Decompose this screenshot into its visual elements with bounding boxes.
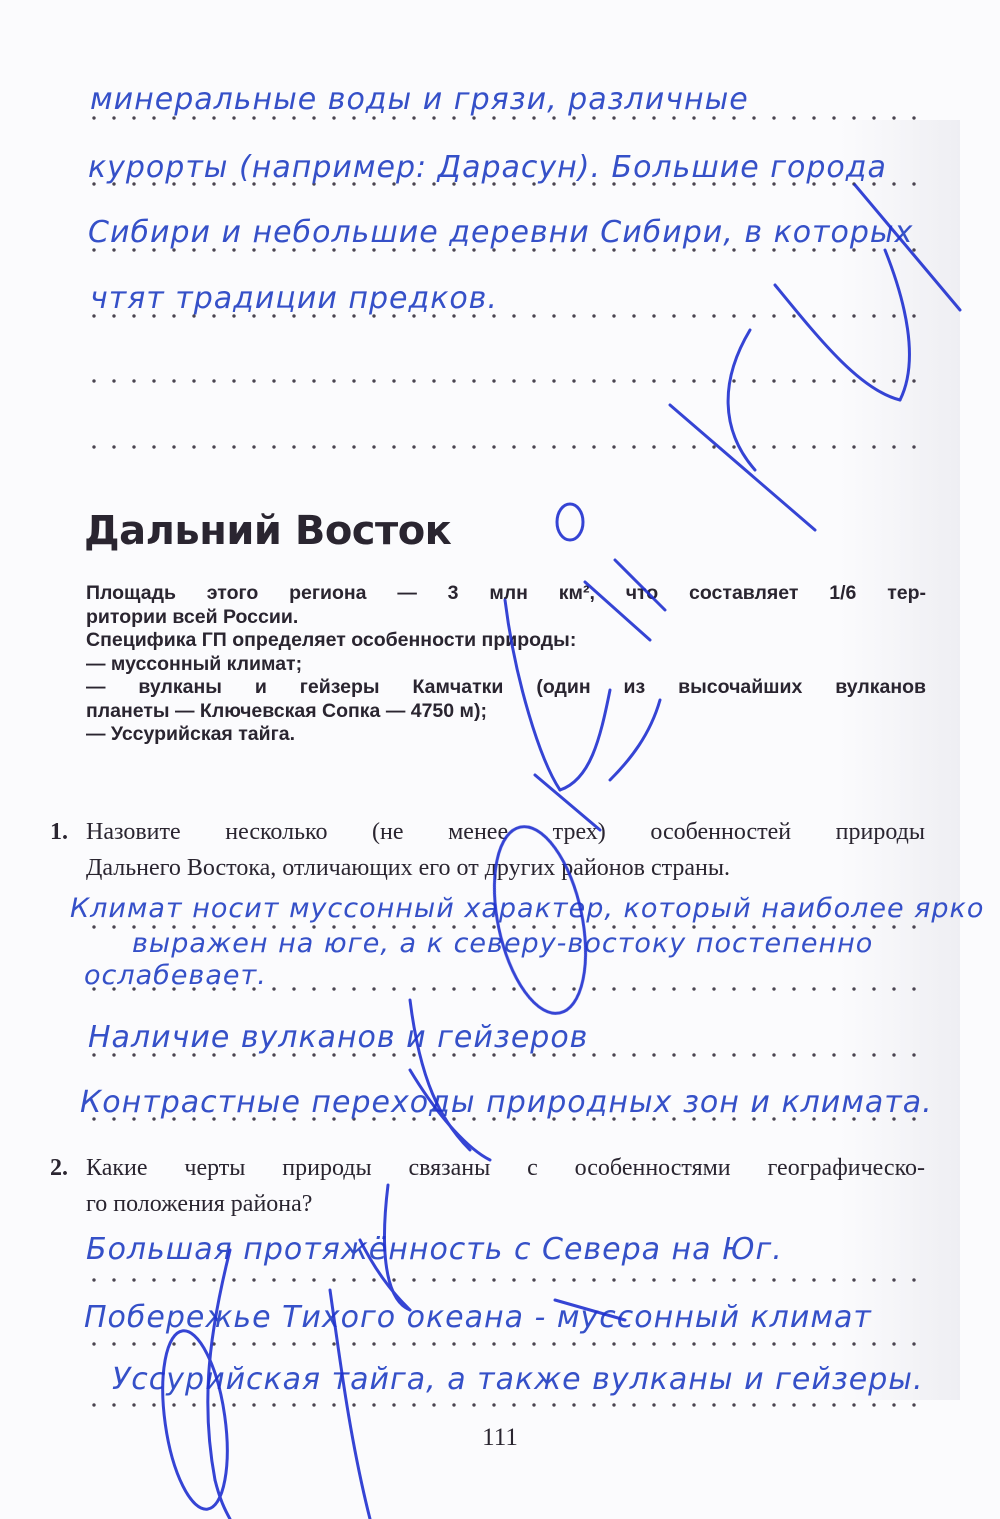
question-number: 1. <box>50 814 68 850</box>
answer-line <box>84 1342 926 1346</box>
intro-bullet: планеты — Ключевская Сопка — 4750 м); <box>86 700 926 724</box>
intro-bullet: — вулканы и гейзеры Камчатки (один из вы… <box>86 676 926 700</box>
handwritten-answer: Большая протяжённость с Севера на Юг. <box>86 1232 783 1267</box>
handwritten-answer: Наличие вулканов и гейзеров <box>88 1020 588 1055</box>
handwritten-answer: Контрастные переходы природных зон и кли… <box>80 1085 933 1120</box>
handwritten-answer: Климат носит муссонный характер, который… <box>70 893 984 924</box>
handwritten-answer: чтят традиции предков. <box>90 281 498 316</box>
answer-line <box>84 1278 926 1282</box>
workbook-page: минеральные воды и грязи, различные куро… <box>0 0 1000 1519</box>
section-intro: Площадь этого региона — 3 млн км², что с… <box>86 582 926 747</box>
question-number: 2. <box>50 1150 68 1186</box>
handwritten-answer: ослабевает. <box>84 960 267 991</box>
intro-bullet: — муссонный климат; <box>86 653 926 677</box>
question-text: Какие черты природы связаны с особенност… <box>86 1150 925 1186</box>
intro-bullet: — Уссурийская тайга. <box>86 723 926 747</box>
handwritten-answer: курорты (например: Дарасун). Большие гор… <box>88 150 887 185</box>
intro-line: ритории всей России. <box>86 606 926 630</box>
answer-line <box>84 379 926 383</box>
handwritten-answer: Сибири и небольшие деревни Сибири, в кот… <box>88 215 913 250</box>
question-1: 1. Назовите несколько (не менее трех) ос… <box>50 814 925 886</box>
question-text: Дальнего Востока, отличающих его от друг… <box>86 850 925 886</box>
handwritten-answer: минеральные воды и грязи, различные <box>90 82 749 117</box>
page-number: 111 <box>0 1424 1000 1452</box>
question-2: 2. Какие черты природы связаны с особенн… <box>50 1150 925 1222</box>
intro-line: Специфика ГП определяет особенности прир… <box>86 629 926 653</box>
handwritten-answer: Побережье Тихого океана - муссонный клим… <box>84 1300 872 1335</box>
handwritten-answer: Уссурийская тайга, а также вулканы и гей… <box>112 1362 924 1397</box>
section-title: Дальний Восток <box>84 508 451 554</box>
question-text: го положения района? <box>86 1186 925 1222</box>
answer-line <box>84 1403 926 1407</box>
handwritten-answer: выражен на юге, а к северу-востоку посте… <box>132 928 873 959</box>
intro-line: Площадь этого региона — 3 млн км², что с… <box>86 582 926 606</box>
question-text: Назовите несколько (не менее трех) особе… <box>86 814 925 850</box>
answer-line <box>84 445 926 449</box>
